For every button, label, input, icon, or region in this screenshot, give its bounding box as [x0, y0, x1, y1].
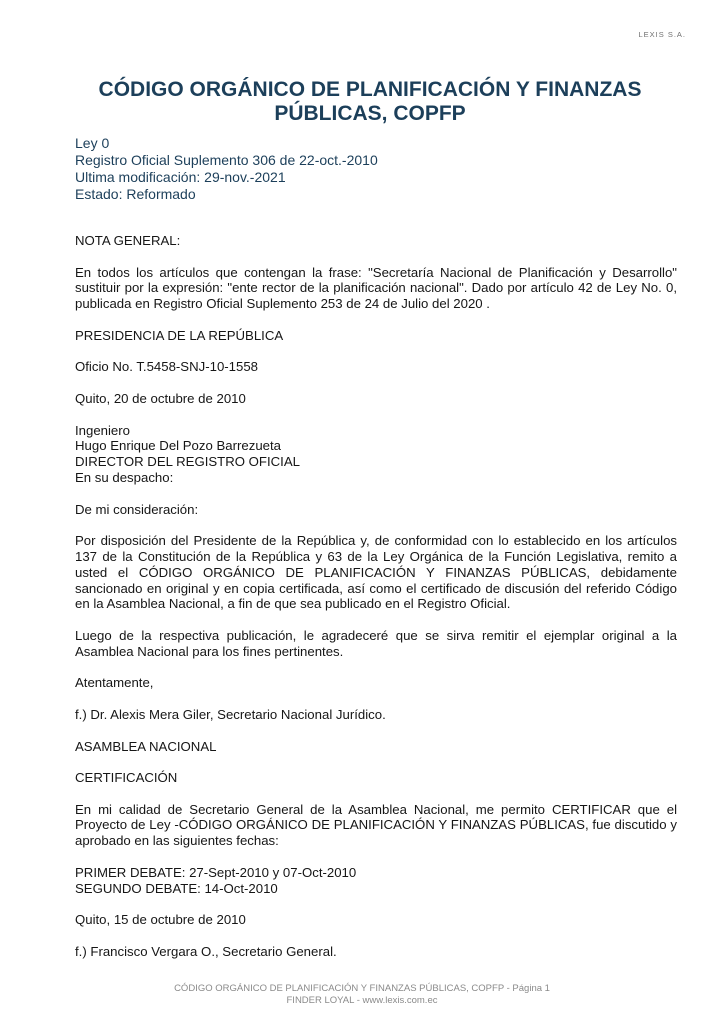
addressee-block: Ingeniero Hugo Enrique Del Pozo Barrezue… — [75, 423, 677, 486]
title-line-1: CÓDIGO ORGÁNICO DE PLANIFICACIÓN Y FINAN… — [60, 78, 680, 102]
footer-line-1: CÓDIGO ORGÁNICO DE PLANIFICACIÓN Y FINAN… — [0, 983, 724, 995]
disposicion-paragraph: Por disposición del Presidente de la Rep… — [75, 533, 677, 612]
signature-2: f.) Francisco Vergara O., Secretario Gen… — [75, 944, 677, 960]
nota-text: En todos los artículos que contengan la … — [75, 265, 677, 312]
meta-registro: Registro Oficial Suplemento 306 de 22-oc… — [75, 152, 378, 169]
luego-paragraph: Luego de la respectiva publicación, le a… — [75, 628, 677, 660]
debate-dates: PRIMER DEBATE: 27-Sept-2010 y 07-Oct-201… — [75, 865, 677, 897]
header-brand: LEXIS S.A. — [638, 30, 686, 39]
document-body: NOTA GENERAL: En todos los artículos que… — [75, 233, 677, 975]
meta-estado: Estado: Reformado — [75, 186, 378, 203]
document-metadata: Ley 0 Registro Oficial Suplemento 306 de… — [75, 135, 378, 203]
document-page: LEXIS S.A. CÓDIGO ORGÁNICO DE PLANIFICAC… — [0, 0, 724, 1024]
meta-modificacion: Ultima modificación: 29-nov.-2021 — [75, 169, 378, 186]
meta-ley: Ley 0 — [75, 135, 378, 152]
oficio-number: Oficio No. T.5458-SNJ-10-1558 — [75, 359, 677, 375]
certificacion-heading: CERTIFICACIÓN — [75, 770, 677, 786]
segundo-debate: SEGUNDO DEBATE: 14-Oct-2010 — [75, 881, 278, 896]
title-line-2: PÚBLICAS, COPFP — [60, 102, 680, 126]
page-footer: CÓDIGO ORGÁNICO DE PLANIFICACIÓN Y FINAN… — [0, 983, 724, 1007]
signature-1: f.) Dr. Alexis Mera Giler, Secretario Na… — [75, 707, 677, 723]
nota-heading: NOTA GENERAL: — [75, 233, 677, 249]
addressee-role: DIRECTOR DEL REGISTRO OFICIAL — [75, 454, 300, 469]
addressee-office: En su despacho: — [75, 470, 173, 485]
primer-debate: PRIMER DEBATE: 27-Sept-2010 y 07-Oct-201… — [75, 865, 356, 880]
addressee-name: Hugo Enrique Del Pozo Barrezueta — [75, 438, 281, 453]
addressee-title: Ingeniero — [75, 423, 130, 438]
footer-line-2: FINDER LOYAL - www.lexis.com.ec — [0, 995, 724, 1007]
certification-paragraph: En mi calidad de Secretario General de l… — [75, 802, 677, 849]
asamblea-heading: ASAMBLEA NACIONAL — [75, 739, 677, 755]
date-2: Quito, 15 de octubre de 2010 — [75, 912, 677, 928]
document-title: CÓDIGO ORGÁNICO DE PLANIFICACIÓN Y FINAN… — [60, 78, 680, 126]
salutation: De mi consideración: — [75, 502, 677, 518]
date-1: Quito, 20 de octubre de 2010 — [75, 391, 677, 407]
closing: Atentamente, — [75, 675, 677, 691]
presidencia-heading: PRESIDENCIA DE LA REPÚBLICA — [75, 328, 677, 344]
